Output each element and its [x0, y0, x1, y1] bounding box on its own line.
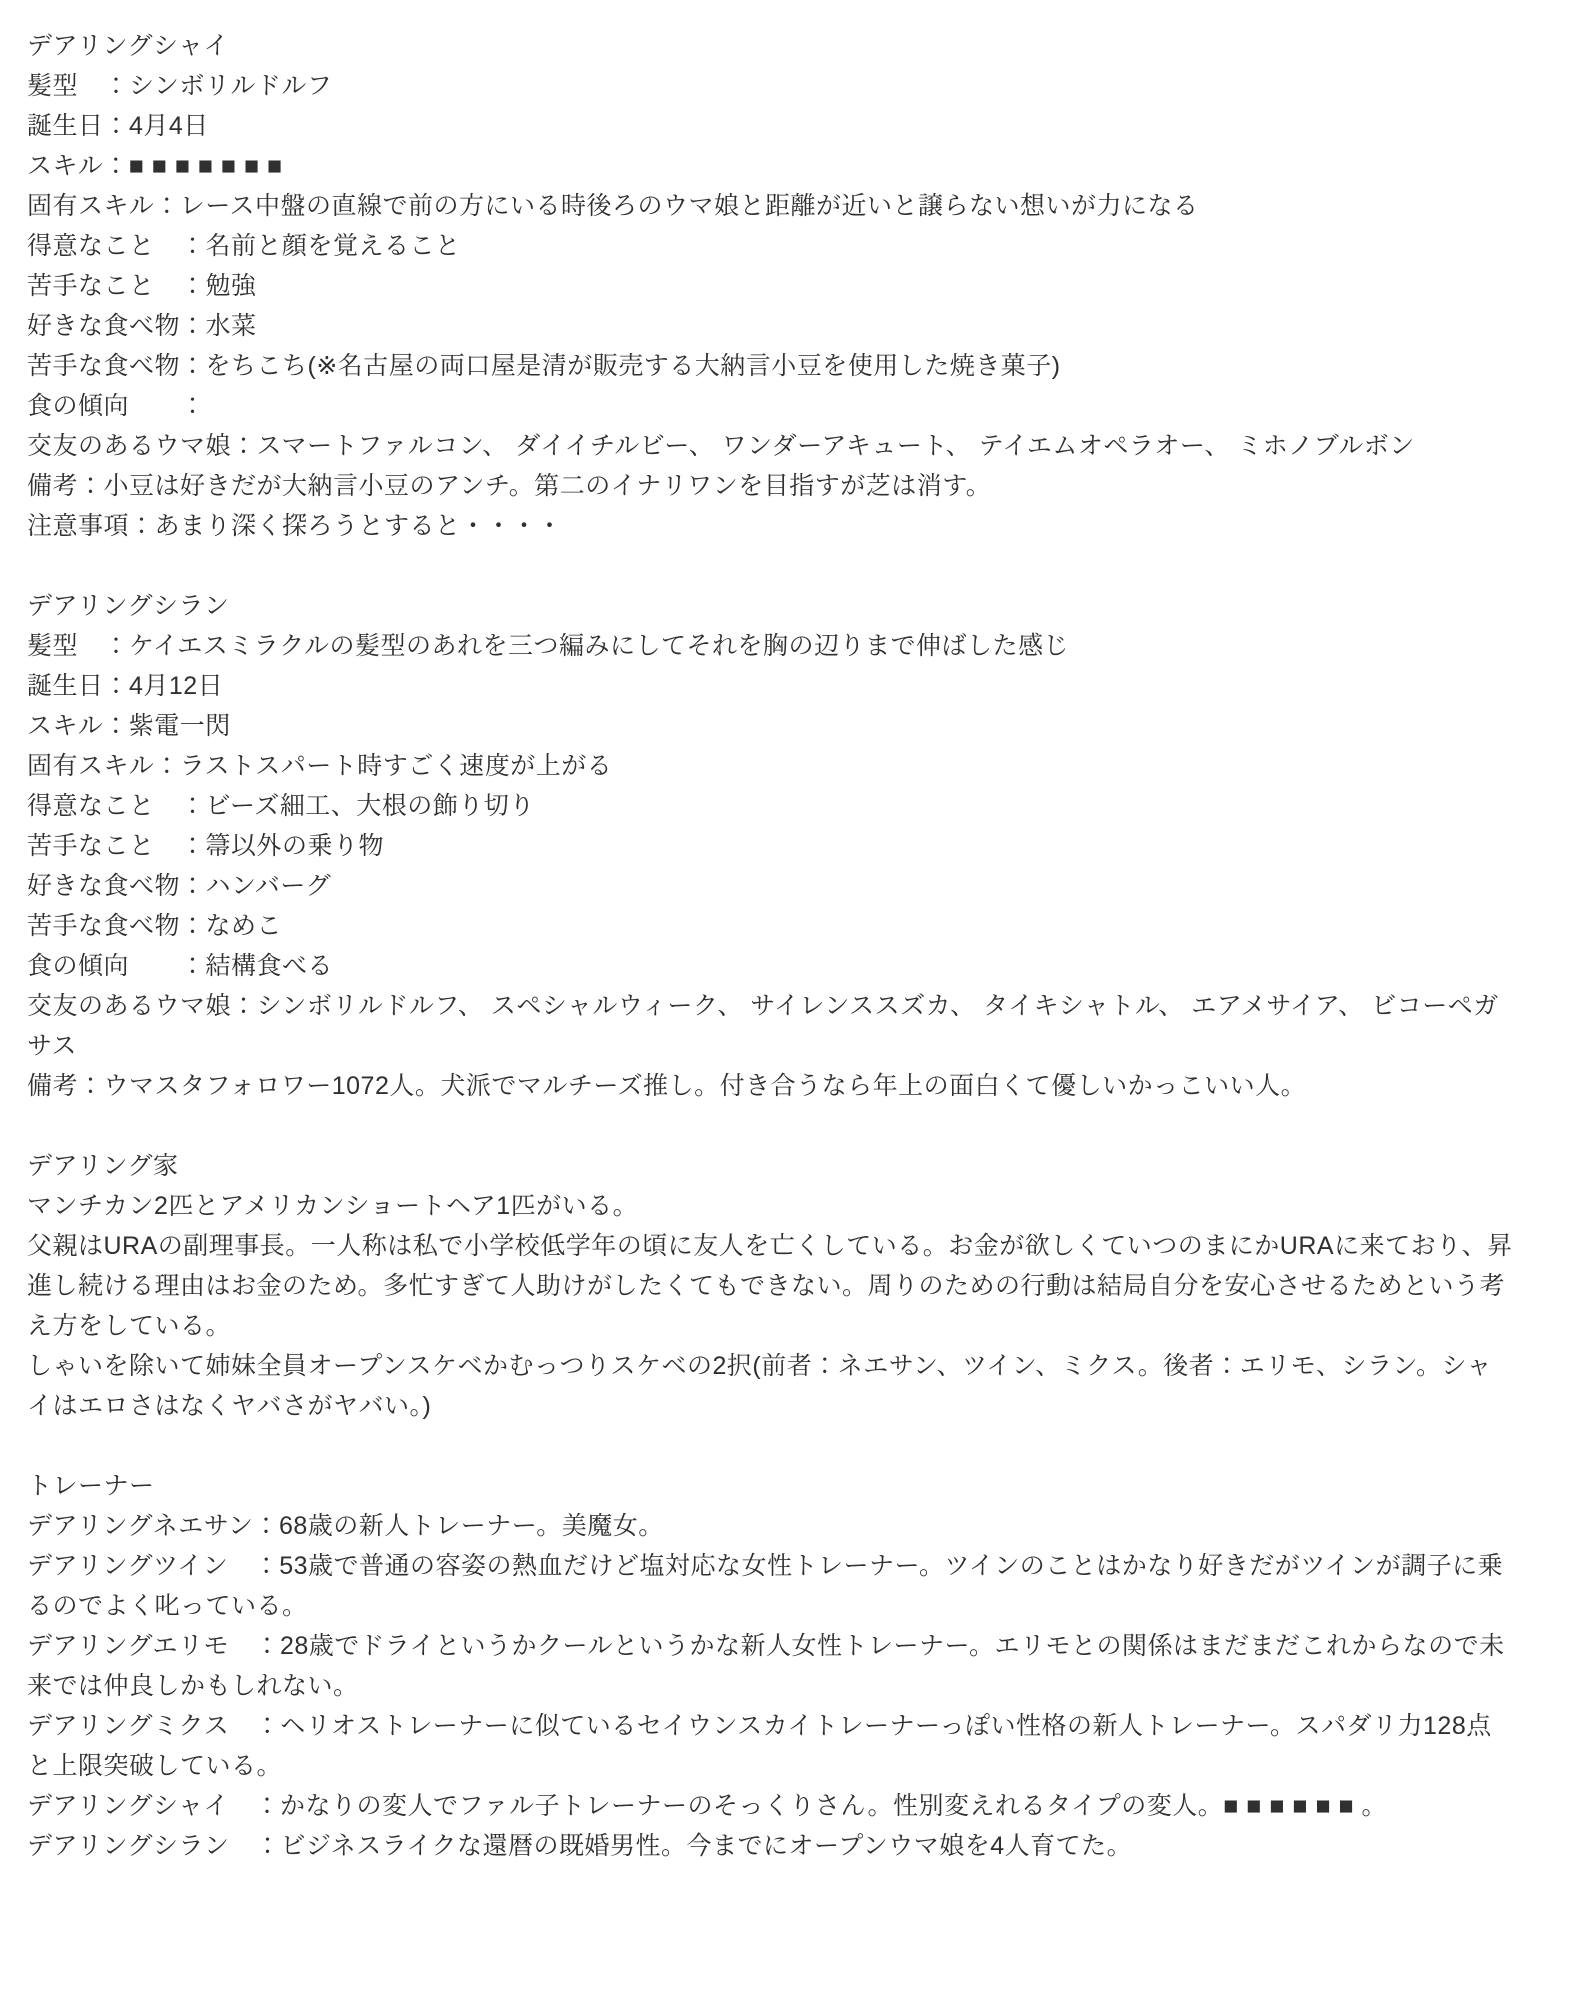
document-body: デアリングシャイ髪型 ：シンボリルドルフ誕生日：4月4日スキル：■ ■ ■ ■ …	[0, 0, 1577, 1866]
text-line: しゃいを除いて姉妹全員オープンスケベかむっつりスケベの2択(前者：ネエサン、ツイ…	[27, 1346, 1517, 1426]
text-line: 髪型 ：シンボリルドルフ	[27, 66, 1517, 106]
text-line: 備考：小豆は好きだが大納言小豆のアンチ。第二のイナリワンを目指すが芝は消す。	[27, 466, 1517, 506]
text-line: デアリングネエサン：68歳の新人トレーナー。美魔女。	[27, 1506, 1517, 1546]
text-line: 誕生日：4月12日	[27, 666, 1517, 706]
text-line: 食の傾向 ：	[27, 386, 1517, 426]
text-line: デアリングツイン ：53歳で普通の容姿の熱血だけど塩対応な女性トレーナー。ツイン…	[27, 1546, 1517, 1626]
text-line: 髪型 ：ケイエスミラクルの髪型のあれを三つ編みにしてそれを胸の辺りまで伸ばした感…	[27, 626, 1517, 666]
text-line: 食の傾向 ：結構食べる	[27, 946, 1517, 986]
text-line: 苦手なこと ：勉強	[27, 266, 1517, 306]
text-line: 父親はURAの副理事長。一人称は私で小学校低学年の頃に友人を亡くしている。お金が…	[27, 1226, 1517, 1346]
text-line: スキル：■ ■ ■ ■ ■ ■ ■	[27, 146, 1517, 186]
text-line: 好きな食べ物：水菜	[27, 306, 1517, 346]
text-line: デアリングシャイ ：かなりの変人でファル子トレーナーのそっくりさん。性別変えれる…	[27, 1786, 1517, 1826]
text-line: 好きな食べ物：ハンバーグ	[27, 866, 1517, 906]
text-line: デアリングエリモ ：28歳でドライというかクールというかな新人女性トレーナー。エ…	[27, 1626, 1517, 1706]
text-line: デアリングミクス ：ヘリオストレーナーに似ているセイウンスカイトレーナーっぽい性…	[27, 1706, 1517, 1786]
section-title: デアリング家	[27, 1146, 1517, 1186]
text-line: 誕生日：4月4日	[27, 106, 1517, 146]
text-line: 苦手な食べ物：なめこ	[27, 906, 1517, 946]
text-line: 固有スキル：レース中盤の直線で前の方にいる時後ろのウマ娘と距離が近いと譲らない想…	[27, 186, 1517, 226]
text-line: 苦手な食べ物：をちこち(※名古屋の両口屋是清が販売する大納言小豆を使用した焼き菓…	[27, 346, 1517, 386]
text-line: 交友のあるウマ娘：シンボリルドルフ、 スペシャルウィーク、 サイレンススズカ、 …	[27, 986, 1517, 1066]
text-line: 苦手なこと ：箒以外の乗り物	[27, 826, 1517, 866]
text-line: 備考：ウマスタフォロワー1072人。犬派でマルチーズ推し。付き合うなら年上の面白…	[27, 1066, 1517, 1106]
section-title: デアリングシラン	[27, 586, 1517, 626]
text-line: 注意事項：あまり深く探ろうとすると・・・・	[27, 506, 1517, 546]
profile-section-4: トレーナーデアリングネエサン：68歳の新人トレーナー。美魔女。デアリングツイン …	[27, 1466, 1517, 1866]
text-line: 得意なこと ：名前と顔を覚えること	[27, 226, 1517, 266]
text-line: スキル：紫電一閃	[27, 706, 1517, 746]
section-title: デアリングシャイ	[27, 26, 1517, 66]
text-line: 固有スキル：ラストスパート時すごく速度が上がる	[27, 746, 1517, 786]
text-line: マンチカン2匹とアメリカンショートヘア1匹がいる。	[27, 1186, 1517, 1226]
profile-section-3: デアリング家マンチカン2匹とアメリカンショートヘア1匹がいる。父親はURAの副理…	[27, 1146, 1517, 1426]
text-line: デアリングシラン ：ビジネスライクな還暦の既婚男性。今までにオープンウマ娘を4人…	[27, 1826, 1517, 1866]
text-line: 得意なこと ：ビーズ細工、大根の飾り切り	[27, 786, 1517, 826]
profile-section-2: デアリングシラン髪型 ：ケイエスミラクルの髪型のあれを三つ編みにしてそれを胸の辺…	[27, 586, 1517, 1106]
profile-section-1: デアリングシャイ髪型 ：シンボリルドルフ誕生日：4月4日スキル：■ ■ ■ ■ …	[27, 26, 1517, 546]
section-title: トレーナー	[27, 1466, 1517, 1506]
text-line: 交友のあるウマ娘：スマートファルコン、 ダイイチルビー、 ワンダーアキュート、 …	[27, 426, 1517, 466]
